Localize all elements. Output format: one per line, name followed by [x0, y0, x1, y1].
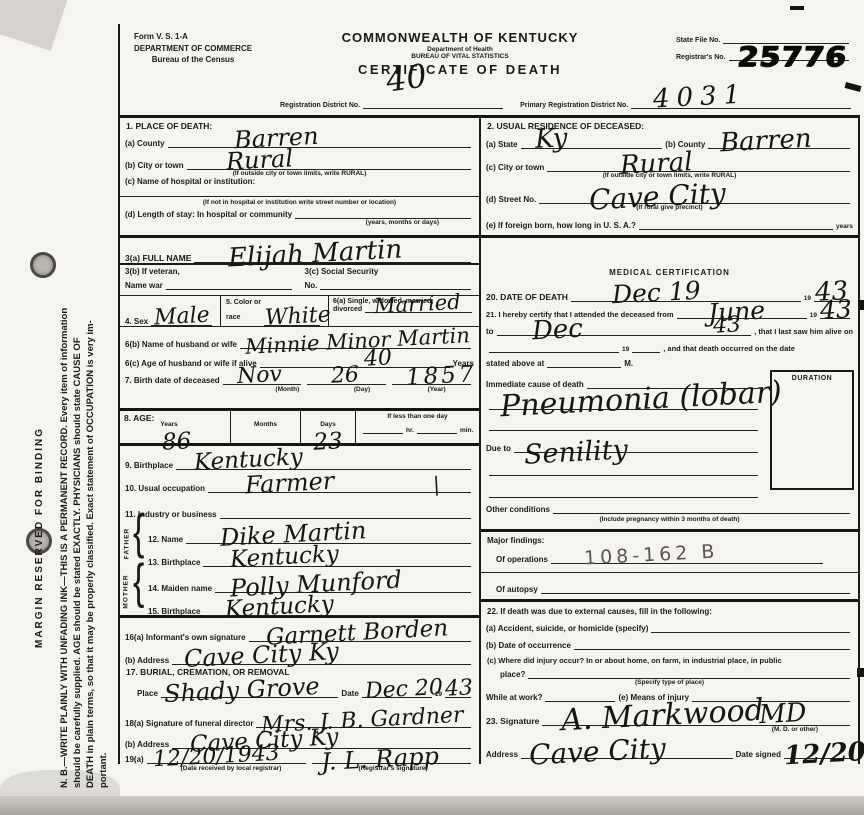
foreign-born-label: (e) If foreign born, how long in U. S. A… — [486, 221, 636, 230]
accident-label: (a) Accident, suicide, or homicide (spec… — [486, 624, 648, 633]
hospital-label: (c) Name of hospital or institution: — [125, 177, 255, 186]
physician-md-value: MD — [759, 700, 808, 728]
mother-brace: { — [133, 557, 143, 625]
father-birthplace-label: 13. Birthplace — [148, 558, 200, 567]
scan-mark — [790, 6, 804, 10]
other-conditions-label: Other conditions — [486, 505, 550, 514]
name-war-label: Name war — [125, 281, 163, 290]
to-year-value: 43 — [712, 314, 741, 337]
section-full-name: 3(a) FULL NAME Elijah Martin — [120, 238, 479, 265]
death-certificate-form: Form V. S. 1-A DEPARTMENT OF COMMERCE Bu… — [118, 24, 860, 764]
registrar-row-label: 19(a) — [125, 755, 144, 764]
stated-above-label: stated above at — [486, 359, 544, 368]
meridiem-label: M. — [624, 359, 633, 368]
commonwealth-title: COMMONWEALTH OF KENTUCKY — [310, 30, 610, 45]
section-sex-race-marital: 4. SexMale 5. Color orraceWhite 6(a) Sin… — [120, 296, 479, 327]
section-spouse-name: 6(b) Name of husband or wife Minnie Mino… — [120, 327, 479, 349]
nb-line-4: portant. — [97, 308, 110, 788]
dept-health: Department of Health — [310, 46, 610, 53]
occupation-value: Farmer — [244, 469, 334, 498]
father-name-label: 12. Name — [148, 535, 183, 544]
hr-label: hr. — [406, 427, 414, 434]
date-of-death-label: 20. DATE OF DEATH — [486, 292, 568, 302]
section-father: FATHER { 12. NameDike Martin 13. Birthpl… — [120, 519, 479, 568]
certify-text-3: , and that death occurred on the date — [663, 344, 795, 353]
less-than-day-label: If less than one day — [360, 413, 475, 420]
age-years-label: Years — [160, 421, 177, 428]
section-industry: 11. Industry or business — [120, 493, 479, 519]
mother-name-label: 14. Maiden name — [148, 584, 212, 593]
marital-value: Married — [373, 292, 461, 318]
section-physician: 23. Signature A. MarkwoodMD (M. D. or ot… — [481, 702, 858, 759]
section-usual-residence: 2. USUAL RESIDENCE OF DECEASED: (a) Stat… — [481, 118, 858, 238]
death-year-printed: 19 — [804, 295, 811, 302]
street-note: (If not in hospital or institution write… — [120, 199, 479, 206]
years-months-days-note: (years, months or days) — [120, 219, 479, 226]
section-age: 8. AGE: Years86 Months Days 23 If less t… — [120, 411, 479, 446]
nb-warning-note: N. B.—WRITE PLAINLY WITH UNFADING INK—TH… — [58, 308, 110, 788]
age-heading: 8. AGE: — [124, 413, 154, 441]
scan-edge-bottom — [0, 796, 864, 815]
section-date-of-death: 20. DATE OF DEATH Dec 19 19 43 — [481, 281, 858, 302]
operations-value: 108-162 B — [583, 542, 718, 568]
sex-value: Male — [153, 305, 210, 330]
birth-year-value: 1857 — [406, 363, 478, 390]
length-of-stay-label: (d) Length of stay: In hospital or commu… — [125, 210, 292, 219]
nb-line-2: should be carefully supplied. AGE should… — [71, 308, 84, 788]
sex-label: 4. Sex — [125, 317, 148, 326]
residence-street-label: (d) Street No. — [486, 195, 536, 204]
date-signed-value: 12/20/43 — [783, 737, 864, 770]
residence-state-value: Ky — [534, 125, 568, 153]
scan-smudge-top-left — [0, 0, 69, 51]
duration-box: DURATION — [770, 370, 854, 490]
birth-date-label: 7. Birth date of deceased — [125, 376, 220, 385]
section-cause-of-death: DURATION Immediate cause of death Pneumo… — [481, 368, 858, 502]
section-burial: 17. BURIAL, CREMATION, OR REMOVAL Place … — [120, 665, 479, 706]
date-signed-label: Date signed — [736, 750, 781, 759]
form-number: Form V. S. 1-A — [134, 32, 252, 41]
full-name-label: 3(a) FULL NAME — [125, 253, 191, 263]
binding-margin-note: MARGIN RESERVED FOR BINDING — [34, 427, 45, 648]
from-year-printed: 19 — [810, 312, 817, 319]
registrar-signature-value: J. L. Rapp — [321, 744, 440, 774]
certify-text-2: , that I last saw him alive on — [754, 327, 853, 336]
dept-commerce: DEPARTMENT OF COMMERCE — [134, 44, 252, 53]
primary-district-handwritten: 4031 — [653, 82, 748, 113]
funeral-director-label: 18(a) Signature of funeral director — [125, 719, 253, 728]
foreign-born-years-label: years — [836, 223, 853, 230]
state-file-label: State File No. — [676, 37, 720, 44]
city-town-label: (b) City or town — [125, 161, 184, 170]
ssn-no-label: No. — [305, 281, 318, 290]
stray-ink-mark: | — [432, 474, 440, 494]
due-to-label: Due to — [486, 444, 511, 453]
pregnancy-note: (Include pregnancy within 3 months of de… — [481, 516, 858, 523]
residence-street-value: Cave City — [588, 179, 726, 214]
race-value: White — [265, 304, 332, 329]
section-birth-date: 7. Birth date of deceased Nov 26 1857 (M… — [120, 376, 479, 411]
injury-where-label-2: place? — [500, 670, 525, 679]
registration-district-label: Registration District No. — [280, 102, 360, 109]
rural-note: (If outside city or town limits, write R… — [120, 170, 479, 177]
county-label: (a) County — [125, 139, 165, 148]
birth-month-value: Nov — [236, 364, 282, 388]
spouse-age-value: 40 — [364, 347, 393, 370]
mother-birthplace-value: Kentucky — [224, 593, 334, 622]
birth-day-value: 26 — [331, 364, 360, 387]
min-label: min. — [460, 427, 473, 434]
attended-to-value: Dec — [532, 316, 584, 345]
from-year-value: 43 — [819, 296, 852, 323]
alive-year-printed: 19 — [622, 346, 629, 353]
informant-address-label: (b) Address — [125, 656, 169, 665]
physician-address-value: Cave City — [529, 734, 667, 769]
section-funeral-director: 18(a) Signature of funeral director Mrs.… — [120, 706, 479, 728]
external-causes-heading: 22. If death was due to external causes,… — [481, 602, 858, 616]
age-days-label: Days — [320, 421, 336, 428]
primary-district-label: Primary Registration District No. — [520, 102, 628, 109]
residence-city-value: Rural — [619, 149, 693, 179]
date-of-death-value: Dec 19 — [612, 278, 702, 308]
father-birthplace-value: Kentucky — [230, 543, 340, 572]
nb-line-1: N. B.—WRITE PLAINLY WITH UNFADING INK—TH… — [58, 308, 71, 788]
birthplace-label: 9. Birthplace — [125, 461, 173, 470]
burial-date-value: Dec 20 — [364, 677, 443, 703]
injury-where-label-1: (c) Where did injury occur? In or about … — [481, 650, 858, 665]
bureau-census: Bureau of the Census — [134, 55, 252, 64]
burial-place-value: Shady Grove — [164, 674, 321, 706]
registration-district-handwritten: 40 — [384, 59, 429, 96]
bureau-vital: BUREAU OF VITAL STATISTICS — [310, 53, 610, 60]
section-registrar-receipt: 19(a) 12/20/1943 J. L. Rapp (Date receiv… — [120, 755, 479, 781]
while-at-work-label: While at work? — [486, 693, 542, 702]
due-to-value: Senility — [523, 436, 628, 468]
color-race-label: 5. Color or — [226, 299, 261, 306]
residence-county-value: Barren — [719, 126, 812, 157]
nb-line-3: DEATH in plain terms, so that it may be … — [84, 308, 97, 788]
duration-label: DURATION — [772, 375, 852, 382]
operations-label: Of operations — [496, 555, 548, 564]
informant-label: 16(a) Informant's own signature — [125, 633, 246, 642]
form-header: Form V. S. 1-A DEPARTMENT OF COMMERCE Bu… — [120, 24, 860, 115]
physician-address-label: Address — [486, 750, 518, 759]
father-side-label: FATHER — [123, 528, 130, 560]
age-months-label: Months — [254, 421, 277, 428]
autopsy-label: Of autopsy — [496, 585, 538, 594]
registrar-no-label: Registrar's No. — [676, 54, 726, 61]
mother-birthplace-label: 15. Birthplace — [148, 607, 200, 616]
city-town-value: Rural — [226, 146, 294, 173]
place-type-note: (Specify type of place) — [481, 679, 858, 686]
registrar-no-stamp: 25776 — [735, 41, 848, 73]
age-days-value: 23 — [304, 430, 351, 455]
section-certification: 21. I hereby certify that I attended the… — [481, 302, 858, 368]
section-major-findings: Major findings: Of operations108-162 B O… — [481, 532, 858, 602]
residence-city-label: (c) City or town — [486, 163, 544, 172]
occurrence-date-label: (b) Date of occurrence — [486, 641, 571, 650]
residence-state-label: (a) State — [486, 140, 518, 149]
certificate-title: CERTIFICATE OF DEATH — [310, 62, 610, 77]
occupation-label: 10. Usual occupation — [125, 484, 205, 493]
burial-year-value: 43 — [444, 677, 473, 700]
section-occupation: 10. Usual occupation Farmer| — [120, 470, 479, 493]
age-years-value: 86 — [162, 430, 192, 455]
section-other-conditions: Other conditions (Include pregnancy with… — [481, 505, 858, 532]
section-mother: MOTHER { 14. Maiden namePolly Munford 15… — [120, 568, 479, 618]
spouse-label: 6(b) Name of husband or wife — [125, 340, 237, 349]
section-external-causes: 22. If death was due to external causes,… — [481, 602, 858, 702]
ssn-label: 3(c) Social Security — [305, 267, 475, 276]
burial-place-label: Place — [137, 689, 158, 698]
physician-signature-label: 23. Signature — [486, 716, 539, 726]
mother-side-label: MOTHER — [123, 574, 130, 608]
punch-hole — [30, 252, 56, 278]
section-informant-address: (b) Address Cave City Ky — [120, 642, 479, 665]
attended-to-label: to — [486, 327, 494, 336]
section-place-of-death: 1. PLACE OF DEATH: (a) CountyBarren (b) … — [120, 118, 479, 238]
burial-date-label: Date — [341, 689, 358, 698]
